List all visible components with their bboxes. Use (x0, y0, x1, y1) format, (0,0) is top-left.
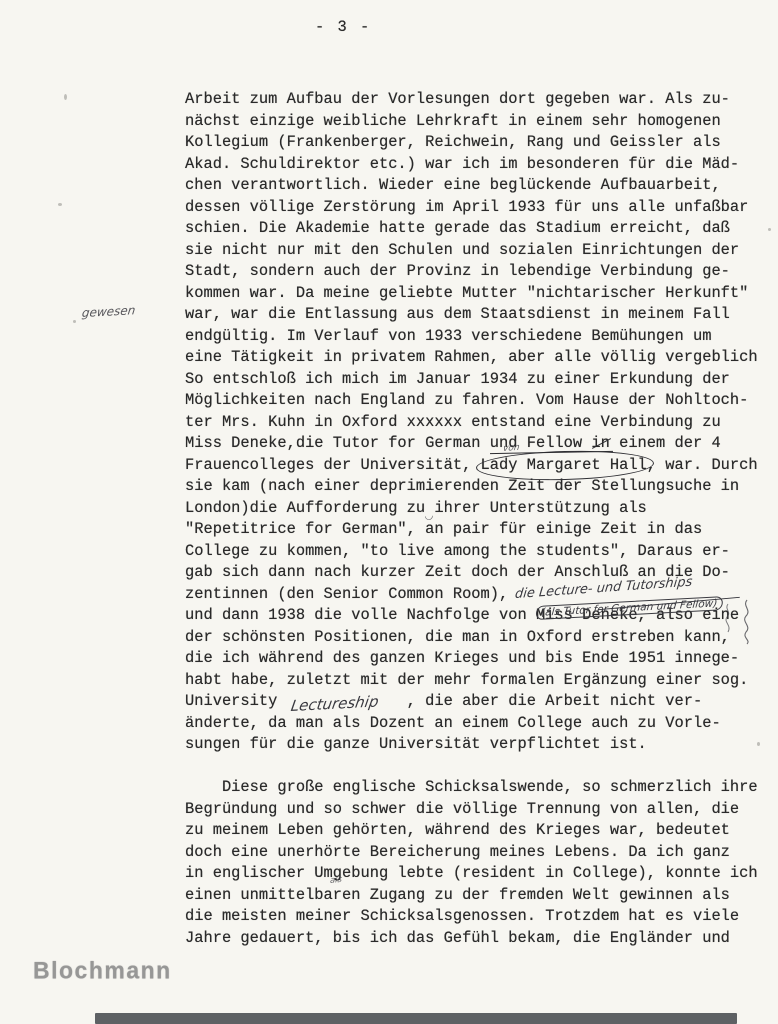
handwritten-margin-word: gewesen (81, 303, 136, 320)
typescript-paragraph-1: Arbeit zum Aufbau der Vorlesungen dort g… (185, 89, 758, 756)
scan-speck (73, 320, 76, 323)
handwritten-tiny-correction: als (330, 875, 343, 886)
blochmann-stamp: Blochmann (33, 956, 172, 984)
scan-edge-bar (95, 1013, 737, 1024)
scanned-typescript-page: - 3 - Arbeit zum Aufbau der Vorlesungen … (0, 0, 778, 1024)
scan-speck (64, 94, 67, 100)
scan-speck (768, 228, 771, 231)
scan-speck (757, 742, 760, 746)
handwriting-squiggle-icon (738, 598, 756, 646)
handwriting-squiggle-small-icon (722, 603, 734, 633)
scan-speck (58, 203, 62, 206)
page-number: - 3 - (315, 18, 371, 36)
typescript-paragraph-2: Diese große englische Schicksalswende, s… (185, 777, 758, 949)
handwritten-au-pair-mark: ◡ (425, 510, 434, 522)
